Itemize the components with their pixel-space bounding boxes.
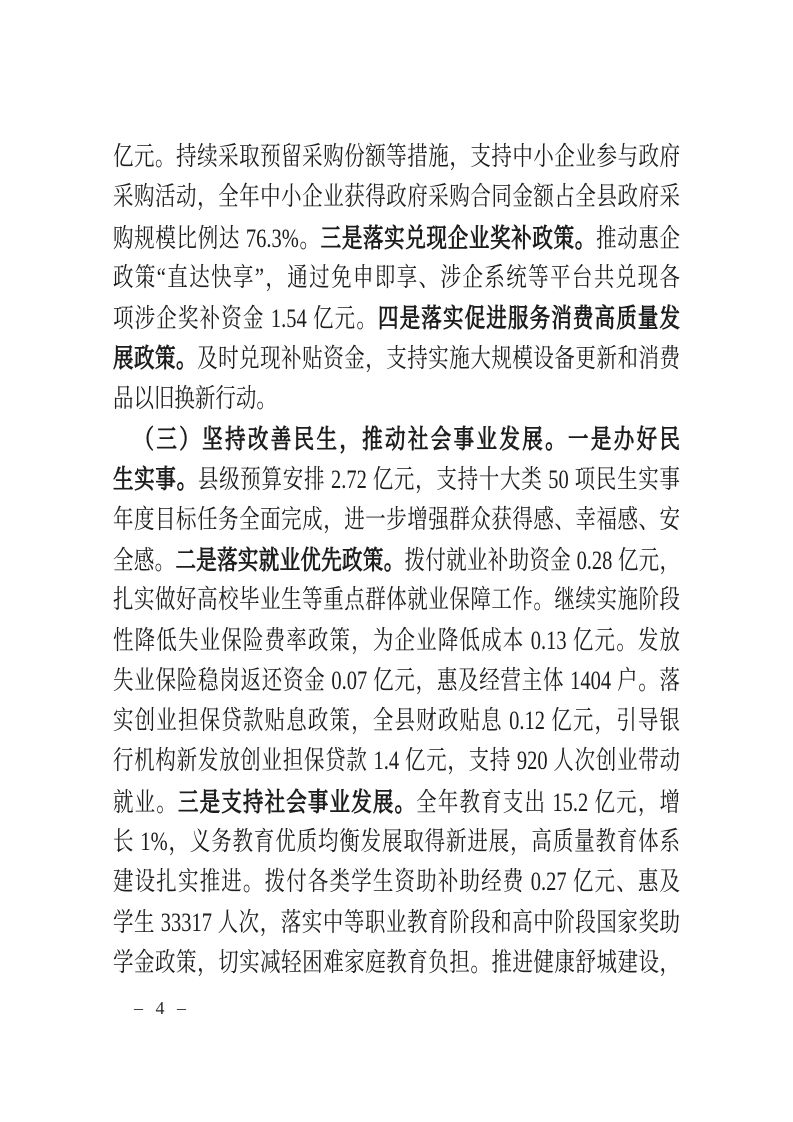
text-line: 扎实做好高校毕业生等重点群体就业保障工作。继续实施阶段 xyxy=(113,580,680,620)
bold-text-segment: 三是落实兑现企业奖补政策。 xyxy=(321,223,596,253)
text-line: 行机构新发放创业担保贷款 1.4 亿元，支持 920 人次创业带动 xyxy=(113,741,680,781)
text-line: 全感。二是落实就业优先政策。拨付就业补助资金 0.28 亿元， xyxy=(113,540,680,580)
text-line: 建设扎实推进。拨付各类学生资助补助经费 0.27 亿元、惠及 xyxy=(113,862,680,902)
text-line: 展政策。及时兑现补贴资金，支持实施大规模设备更新和消费 xyxy=(113,338,680,378)
text-line: 性降低失业保险费率政策，为企业降低成本 0.13 亿元。发放 xyxy=(113,621,680,661)
text-line: 长 1%，义务教育优质均衡发展取得新进展，高质量教育体系 xyxy=(113,822,680,862)
text-line: 购规模比例达 76.3%。三是落实兑现企业奖补政策。推动惠企 xyxy=(113,218,680,258)
text-segment: 拨付就业补助资金 0.28 亿元， xyxy=(405,546,680,575)
text-line: 学生 33317 人次，落实中等职业教育阶段和高中阶段国家奖助 xyxy=(113,903,680,943)
text-line: 采购活动，全年中小企业获得政府采购合同金额占全县政府采 xyxy=(113,177,680,217)
text-segment: 全年教育支出 15.2 亿元，增 xyxy=(416,788,680,817)
text-line: 生实事。县级预算安排 2.72 亿元，支持十大类 50 项民生实事 xyxy=(113,459,680,499)
text-segment: 实创业担保贷款贴息政策，全县财政贴息 0.12 亿元，引导银 xyxy=(113,706,680,735)
text-segment: 就业。 xyxy=(113,788,178,817)
bold-text-segment: 生实事。 xyxy=(113,464,198,494)
bold-text-segment: 二是落实就业优先政策。 xyxy=(175,545,404,575)
text-segment: 推动惠企 xyxy=(596,224,680,253)
text-line: 项涉企奖补资金 1.54 亿元。四是落实促进服务消费高质量发 xyxy=(113,298,680,338)
text-line: 亿元。持续采取预留采购份额等措施，支持中小企业参与政府 xyxy=(113,137,680,177)
text-segment: 学金政策，切实减轻困难家庭教育负担。推进健康舒城建设， xyxy=(113,948,680,977)
text-segment: 购规模比例达 76.3%。 xyxy=(113,224,321,253)
page-number: – 4 – xyxy=(134,998,190,1019)
text-segment: 扎实做好高校毕业生等重点群体就业保障工作。继续实施阶段 xyxy=(113,585,680,614)
text-segment: 全感。 xyxy=(113,546,175,575)
text-segment: 学生 33317 人次，落实中等职业教育阶段和高中阶段国家奖助 xyxy=(113,908,680,937)
text-segment: 失业保险稳岗返还资金 0.07 亿元，惠及经营主体 1404 户。落 xyxy=(113,666,680,695)
text-segment: 建设扎实推进。拨付各类学生资助补助经费 0.27 亿元、惠及 xyxy=(113,867,680,896)
text-segment: 及时兑现补贴资金，支持实施大规模设备更新和消费 xyxy=(197,344,680,373)
text-segment: 项涉企奖补资金 1.54 亿元。 xyxy=(113,304,378,333)
text-segment: 品以旧换新行动。 xyxy=(113,384,277,413)
text-segment: 政策“直达快享”，通过免申即享、涉企系统等平台共兑现各 xyxy=(113,263,680,292)
text-line: 失业保险稳岗返还资金 0.07 亿元，惠及经营主体 1404 户。落 xyxy=(113,661,680,701)
text-segment: 年度目标任务全面完成，进一步增强群众获得感、幸福感、安 xyxy=(113,505,680,534)
text-segment: 亿元。持续采取预留采购份额等措施，支持中小企业参与政府 xyxy=(113,142,680,171)
text-segment: 长 1%，义务教育优质均衡发展取得新进展，高质量教育体系 xyxy=(113,827,680,856)
bold-text-segment: 三是支持社会事业发展。 xyxy=(178,787,416,817)
document-body: 亿元。持续采取预留采购份额等措施，支持中小企业参与政府采购活动，全年中小企业获得… xyxy=(113,137,793,983)
bold-text-segment: 展政策。 xyxy=(113,343,197,373)
text-segment: 采购活动，全年中小企业获得政府采购合同金额占全县政府采 xyxy=(113,182,680,211)
text-line: （三）坚持改善民生，推动社会事业发展。一是办好民 xyxy=(113,419,680,459)
text-line: 品以旧换新行动。 xyxy=(113,379,680,419)
text-line: 就业。三是支持社会事业发展。全年教育支出 15.2 亿元，增 xyxy=(113,782,680,822)
text-line: 学金政策，切实减轻困难家庭教育负担。推进健康舒城建设， xyxy=(113,943,680,983)
bold-text-segment: 四是落实促进服务消费高质量发 xyxy=(378,303,680,333)
document-page: 亿元。持续采取预留采购份额等措施，支持中小企业参与政府采购活动，全年中小企业获得… xyxy=(0,0,793,1122)
text-segment: 县级预算安排 2.72 亿元，支持十大类 50 项民生实事 xyxy=(198,465,680,494)
text-line: 实创业担保贷款贴息政策，全县财政贴息 0.12 亿元，引导银 xyxy=(113,701,680,741)
bold-text-segment: （三）坚持改善民生，推动社会事业发展。一是办好民 xyxy=(133,424,680,454)
text-line: 政策“直达快享”，通过免申即享、涉企系统等平台共兑现各 xyxy=(113,258,680,298)
text-segment: 性降低失业保险费率政策，为企业降低成本 0.13 亿元。发放 xyxy=(113,626,680,655)
text-segment: 行机构新发放创业担保贷款 1.4 亿元，支持 920 人次创业带动 xyxy=(113,746,680,775)
text-line: 年度目标任务全面完成，进一步增强群众获得感、幸福感、安 xyxy=(113,500,680,540)
